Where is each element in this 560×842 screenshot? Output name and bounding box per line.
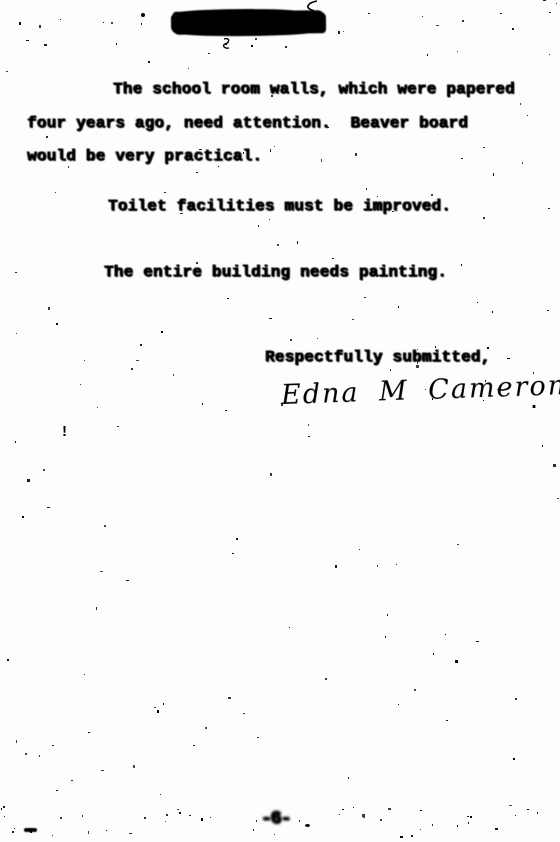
ink-smudge — [141, 13, 145, 17]
closing-line: Respectfully submitted, — [265, 349, 490, 366]
body-line-1: The school room walls, which were papere… — [113, 81, 515, 98]
body-line-2: four years ago, need attention. Beaver b… — [27, 115, 468, 132]
body-line-4: Toilet facilities must be improved. — [108, 198, 451, 215]
handwritten-signature: Edna M Cameron — [281, 371, 560, 411]
body-line-5: The entire building needs painting. — [104, 264, 447, 281]
stray-ink-mark: ! — [60, 424, 69, 441]
page-number: -6- — [261, 809, 290, 829]
scanned-document-page: The school room walls, which were papere… — [0, 0, 560, 842]
ink-smudge — [305, 824, 310, 827]
signature-period-mark: . — [528, 392, 540, 415]
body-line-3: would be very practical. — [27, 148, 262, 165]
ink-squiggle-mark — [221, 37, 233, 51]
pen-curl-mark — [303, 0, 321, 20]
